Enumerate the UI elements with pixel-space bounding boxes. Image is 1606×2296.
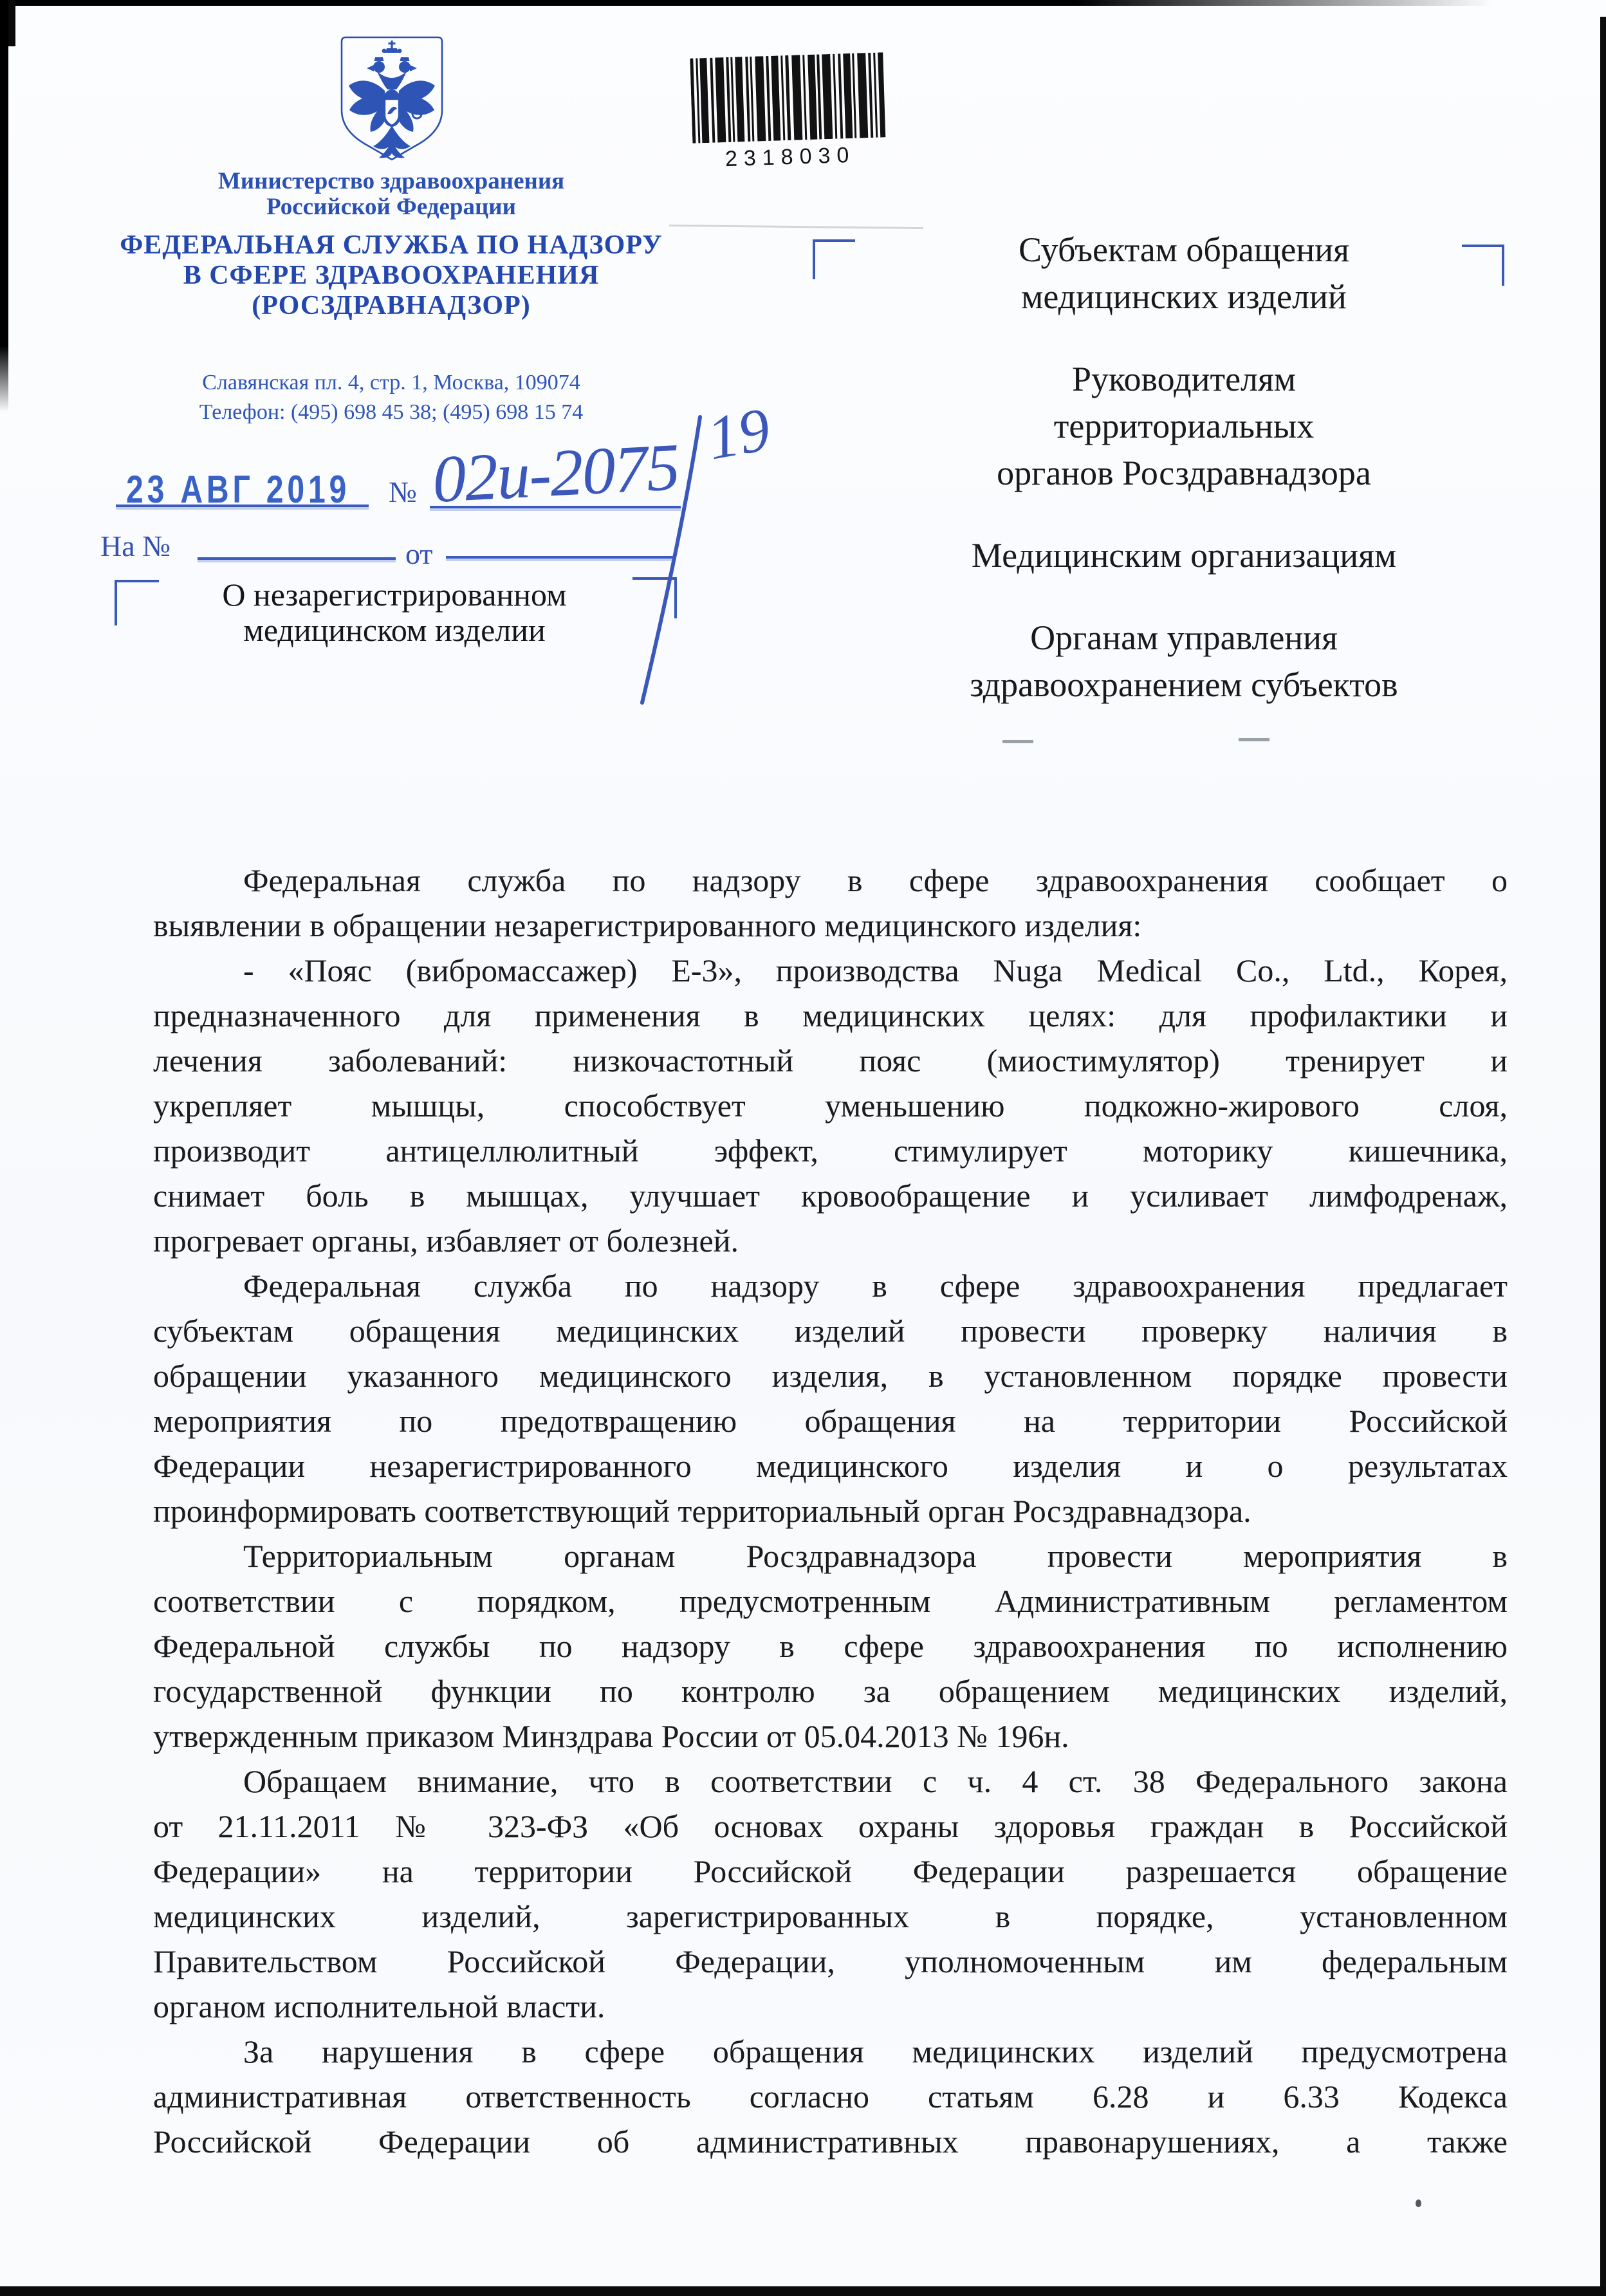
addressee-bracket-left: [813, 239, 855, 279]
scan-dash: [1239, 738, 1269, 741]
body-line: прогревает органы, избавляет от болезней…: [153, 1218, 1508, 1263]
body-line: Российской Федерации об административных…: [153, 2119, 1508, 2164]
body-line: Федерации незарегистрированного медицинс…: [153, 1443, 1508, 1488]
body-line: укрепляет мышцы, способствует уменьшению…: [153, 1083, 1508, 1128]
addressee-line: Руководителям: [862, 356, 1506, 403]
scan-edge-left: [0, 0, 8, 412]
body-line: от 21.11.2011 № 323-ФЗ «Об основах охран…: [153, 1804, 1508, 1849]
body-line: Обращаем внимание, что в соответствии с …: [153, 1759, 1508, 1804]
body-line: проинформировать соответствующий террито…: [153, 1488, 1508, 1533]
addressee-line: территориальных: [862, 403, 1506, 450]
addressee-line: Органам управления: [862, 615, 1506, 662]
service-line: В СФЕРЕ ЗДРАВООХРАНЕНИЯ: [69, 261, 713, 291]
postal-address: Славянская пл. 4, стр. 1, Москва, 109074: [69, 368, 713, 398]
addressee-group: Субъектам обращениямедицинских изделий: [862, 227, 1506, 320]
subject-line: О незарегистрированном медицинском издел…: [201, 577, 587, 648]
body-line: мероприятия по предотвращению обращения …: [153, 1398, 1508, 1443]
handwritten-outgoing-year: 19: [702, 393, 775, 474]
ministry-line: Российской Федерации: [69, 194, 713, 220]
addressee-line: медицинских изделий: [862, 273, 1506, 320]
barcode-bars: [690, 52, 887, 143]
body-line: Федеральная служба по надзору в сфере зд…: [153, 1263, 1508, 1308]
addressee-list: Субъектам обращениямедицинских изделийРу…: [862, 227, 1506, 744]
body-line: медицинских изделий, зарегистрированных …: [153, 1894, 1508, 1939]
service-line: ФЕДЕРАЛЬНАЯ СЛУЖБА ПО НАДЗОРУ: [69, 230, 713, 261]
subject-text: медицинском изделии: [201, 613, 587, 648]
body-line: - «Пояс (вибромассажер) Е-3», производст…: [153, 948, 1508, 993]
contact-block: Славянская пл. 4, стр. 1, Москва, 109074…: [69, 368, 713, 427]
coat-of-arms-icon: [340, 35, 444, 162]
body-text: Федеральная служба по надзору в сфере зд…: [153, 858, 1508, 2164]
body-line: обращении указанного медицинского издели…: [153, 1353, 1508, 1398]
scan-edge-right: [1600, 17, 1606, 2296]
addressee-line: Субъектам обращения: [862, 227, 1506, 273]
number-sign-label: №: [389, 475, 417, 509]
service-line: (РОСЗДРАВНАДЗОР): [69, 291, 713, 321]
body-line: Федеральная служба по надзору в сфере зд…: [153, 858, 1508, 903]
body-line: утвержденным приказом Минздрава России о…: [153, 1714, 1508, 1759]
body-line: снимает боль в мышцах, улучшает кровообр…: [153, 1173, 1508, 1218]
addressee-line: органов Росздравнадзора: [862, 450, 1506, 497]
addressee-group: Руководителямтерриториальныхорганов Росз…: [862, 356, 1506, 497]
reply-number-underline: [198, 557, 396, 560]
scan-edge-top: [0, 0, 1493, 6]
body-line: административная ответственность согласн…: [153, 2074, 1508, 2119]
body-line: органом исполнительной власти.: [153, 1984, 1508, 2029]
barcode-number: 2318030: [693, 142, 888, 172]
date-underline: [116, 505, 369, 507]
addressee-line: здравоохранением субъектов: [862, 662, 1506, 708]
body-line: лечения заболеваний: низкочастотный пояс…: [153, 1038, 1508, 1083]
addressee-group: Медицинским организациям: [862, 532, 1506, 579]
barcode: 2318030: [690, 52, 887, 172]
ministry-name: Министерство здравоохранения Российской …: [69, 169, 713, 220]
subject-bracket-left: [115, 580, 159, 625]
scan-edge-bottom: [0, 2286, 1606, 2296]
body-line: соответствии с порядком, предусмотренным…: [153, 1578, 1508, 1624]
subject-bracket-right: [632, 577, 677, 618]
service-name: ФЕДЕРАЛЬНАЯ СЛУЖБА ПО НАДЗОРУ В СФЕРЕ ЗД…: [69, 230, 713, 321]
subject-text: О незарегистрированном: [201, 577, 587, 613]
addressee-line: Медицинским организациям: [862, 532, 1506, 579]
scan-dash: [1002, 740, 1033, 743]
body-line: Территориальным органам Росздравнадзора …: [153, 1533, 1508, 1578]
body-line: Правительством Российской Федерации, упо…: [153, 1939, 1508, 1984]
body-line: Федеральной службы по надзору в сфере зд…: [153, 1624, 1508, 1669]
phone-numbers: Телефон: (495) 698 45 38; (495) 698 15 7…: [69, 398, 713, 427]
handwritten-slash-stroke: [636, 412, 708, 708]
scanned-letter-page: 2318030 Министерство здравоохранения Рос…: [0, 0, 1606, 2296]
scan-speck: [1416, 2199, 1421, 2207]
body-line: Федерации» на территории Российской Феде…: [153, 1849, 1508, 1894]
ministry-line: Министерство здравоохранения: [69, 169, 713, 194]
reply-date-underline: [446, 556, 674, 559]
body-line: государственной функции по контролю за о…: [153, 1669, 1508, 1714]
body-line: субъектам обращения медицинских изделий …: [153, 1308, 1508, 1353]
body-line: предназначенного для применения в медици…: [153, 993, 1508, 1038]
reply-date-label: от: [405, 537, 433, 571]
reply-number-label: На №: [100, 529, 171, 563]
addressee-group: Органам управленияздравоохранением субъе…: [862, 615, 1506, 708]
body-line: выявлении в обращении незарегистрированн…: [153, 903, 1508, 948]
body-line: За нарушения в сфере обращения медицинск…: [153, 2029, 1508, 2074]
body-line: производит антицеллюлитный эффект, стиму…: [153, 1128, 1508, 1173]
